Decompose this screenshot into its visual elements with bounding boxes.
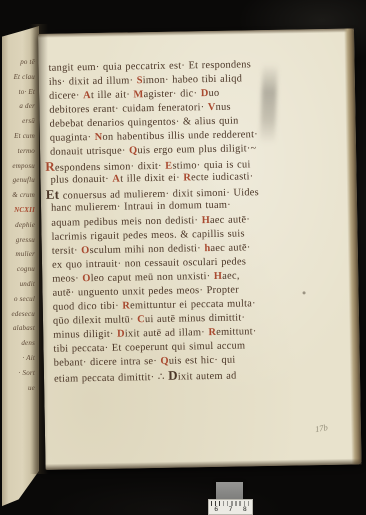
edge-text-fragment: cognu: [3, 262, 35, 277]
edge-text-fragment: termo: [3, 144, 35, 159]
ruler-numbers: 678: [209, 506, 252, 513]
rubric-initial: R: [45, 159, 55, 174]
edge-text-fragments: po tēEt clauto· Eta derersūEt cumtermoem…: [3, 55, 35, 395]
text-segment: etiam peccata dimittit· ∴: [54, 372, 168, 385]
rubric-initial: R: [183, 173, 191, 184]
text-segment: quaginta·: [50, 132, 95, 144]
text-segment: aec autē·: [210, 242, 250, 254]
scale-ruler: 678: [208, 499, 253, 515]
text-segment: lacrimis rigauit pedes meos. & capillis …: [51, 228, 244, 242]
text-segment: tangit eum· quia peccatrix est· Et respo…: [49, 59, 252, 74]
text-segment: quod dico tibi·: [53, 300, 123, 312]
text-segment: debebat denarios quingentos· & alius qui…: [49, 116, 238, 130]
text-segment: dicere·: [49, 90, 83, 102]
text-segment: leo caput meū non unxisti·: [91, 271, 214, 284]
rubric-initial: D: [117, 328, 125, 339]
text-segment: tersit·: [52, 245, 82, 257]
rubric-initial: Q: [160, 356, 169, 367]
text-segment: ex quo intrauit· non cessauit osculari p…: [52, 256, 246, 270]
text-segment: emittuntur ei peccata multa·: [130, 298, 256, 311]
edge-text-fragment: genuflu: [3, 173, 35, 188]
rubric-initial: C: [137, 314, 145, 325]
edge-text-fragment: emposu: [3, 159, 35, 174]
text-segment: nus: [216, 102, 231, 113]
text-segment: uis ergo eum plus diligit·~: [137, 143, 256, 156]
text-segment: ixit autem ad: [178, 371, 237, 383]
text-segment: t ille ait·: [91, 89, 134, 101]
page-clamp-tab: [216, 482, 243, 500]
edge-text-fragment: alabast: [3, 321, 35, 336]
edge-text-fragment: · Ait: [3, 351, 35, 366]
text-segment: autē· unguento unxit pedes meos· Propter: [52, 284, 239, 298]
text-segment: tibi peccata· Et coeperunt qui simul acc…: [53, 340, 245, 354]
text-segment: t ille dixit ei·: [120, 173, 183, 185]
edge-text-fragment: a der: [3, 99, 35, 114]
edge-text-fragment: ue: [3, 381, 35, 396]
text-segment: debitores erant· cuidam feneratori·: [49, 102, 208, 116]
ruler-number: 7: [229, 506, 233, 513]
rubric-initial: R: [208, 327, 216, 338]
rubric-initial: A: [83, 90, 91, 101]
edge-text-fragment: ersū: [3, 114, 35, 129]
manuscript-page: tangit eum· quia peccatrix est· Et respo…: [38, 28, 362, 469]
text-segment: uis est hic· qui: [169, 355, 236, 367]
ruler-number: 6: [214, 506, 218, 513]
rubric-initial: N: [95, 132, 103, 143]
edge-text-fragment: Et clau: [3, 70, 35, 85]
text-segment: sculum mihi non dedisti·: [89, 243, 204, 256]
edge-text-fragment: po tē: [3, 55, 35, 70]
text-segment: emittunt·: [216, 326, 257, 338]
page-edge-top: [38, 28, 354, 38]
text-segment: Et: [46, 187, 60, 202]
text-segment: ixit autē ad illam·: [125, 327, 209, 339]
page-edge-right: [344, 28, 362, 464]
text-segment: aec,: [222, 270, 240, 281]
text-segment: hanc mulierem· Intraui in domum tuam·: [51, 200, 231, 214]
rubric-initial: A: [112, 174, 120, 185]
text-segment: uo: [208, 88, 219, 99]
rubric-initial: O: [81, 245, 90, 256]
edge-text-fragment: edesecu: [3, 307, 35, 322]
folio-number: 17b: [314, 422, 328, 434]
edge-text-fragment: & crum: [3, 188, 35, 203]
manuscript-photo: po tēEt clauto· Eta derersūEt cumtermoem…: [0, 0, 366, 515]
page-edge-bottom: [46, 458, 362, 470]
text-segment: ui autē minus dimittit·: [145, 312, 245, 325]
text-segment: ihs· dixit ad illum·: [49, 75, 137, 88]
text-segment: minus diligit·: [53, 329, 117, 341]
text-segment: on habentibus illis unde redderent·: [102, 129, 258, 143]
edge-text-fragment: gressu: [3, 233, 35, 248]
text-segment: D: [168, 368, 178, 383]
text-segment: bebant· dicere intra se·: [54, 356, 161, 369]
edge-text-fragment: o secul: [3, 292, 35, 307]
text-segment: ecte iudicasti·: [191, 172, 254, 184]
text-segment: qūo dilexit multū·: [53, 314, 137, 326]
rubric-initial: H: [214, 271, 223, 282]
edge-text-fragment: to· Et: [3, 85, 35, 100]
edge-text-fragment: Et cum: [3, 129, 35, 144]
edge-text-fragment: undit: [3, 277, 35, 292]
rubric-initial: H: [202, 215, 211, 226]
left-page-edge: po tēEt clauto· Eta derersūEt cumtermoem…: [2, 26, 39, 508]
edge-text-fragment: dephie: [3, 218, 35, 233]
text-segment: donauit utrisque·: [50, 146, 129, 158]
manuscript-text-block: tangit eum· quia peccatrix est· Et respo…: [48, 57, 330, 385]
edge-text-fragment: mulier: [3, 247, 35, 262]
text-segment: imon· habeo tibi aliqd: [143, 73, 243, 86]
text-segment: meos·: [52, 273, 82, 285]
edge-text-fragment: dens: [3, 336, 35, 351]
text-segment: plus donauit·: [50, 174, 112, 186]
text-segment: agister· dic·: [143, 88, 200, 100]
text-segment: aquam pedibus meis non dedisti·: [51, 215, 202, 229]
edge-text-fragment: · Sort: [3, 366, 35, 381]
edge-rubric-fragment: NCXII: [3, 203, 35, 218]
text-segment: aec autē·: [210, 214, 250, 226]
ruler-number: 8: [243, 506, 247, 513]
